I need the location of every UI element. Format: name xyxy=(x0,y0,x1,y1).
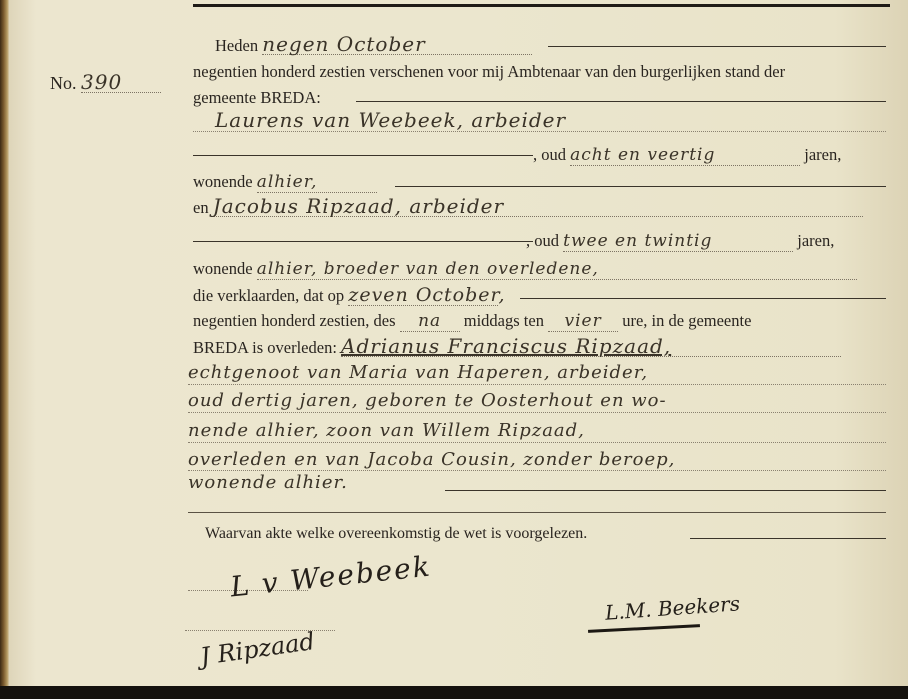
oud-label: , oud xyxy=(526,231,559,250)
witness1-age: acht en veertig xyxy=(570,145,800,166)
witness2-name-line: en Jacobus Ripzaad, arbeider xyxy=(193,196,863,218)
dotted-rule xyxy=(188,470,886,471)
detail-line: nende alhier, zoon van Willem Ripzaad, xyxy=(188,421,585,441)
dotted-rule xyxy=(188,384,886,385)
oud-label: , oud xyxy=(533,145,566,164)
deceased-name: Adrianus Franciscus Ripzaad, xyxy=(341,336,841,357)
scan-border xyxy=(0,686,908,699)
time-part: na xyxy=(400,311,460,332)
witness2-name: Jacobus Ripzaad, arbeider xyxy=(213,196,863,217)
heden-label: Heden xyxy=(215,36,258,55)
fill-rule xyxy=(548,46,886,47)
gemeente-label: gemeente BREDA: xyxy=(193,88,321,108)
deceased-line: BREDA is overleden: Adrianus Franciscus … xyxy=(193,336,841,358)
declaration-line: die verklaarden, dat op zeven October, xyxy=(193,285,498,306)
fill-rule xyxy=(193,241,533,242)
wonende-label: wonende xyxy=(193,259,253,278)
witness2-residence: alhier, broeder van den overledene, xyxy=(257,259,857,280)
witness1-residence: alhier, xyxy=(257,172,377,193)
fill-rule xyxy=(356,101,886,102)
record-number-value: 390 xyxy=(81,72,161,93)
detail-line: overleden en van Jacoba Cousin, zonder b… xyxy=(188,450,675,470)
register-page: No. 390 Heden negen October negentien ho… xyxy=(0,0,908,686)
witness2-signature: J Ripzaad xyxy=(199,627,317,671)
witness1-residence-line: wonende alhier, xyxy=(193,172,377,193)
intro-text: negentien honderd zestien verschenen voo… xyxy=(193,62,785,82)
witness2-age: twee en twintig xyxy=(563,231,793,252)
deceased-label: BREDA is overleden: xyxy=(193,338,337,357)
record-number: No. 390 xyxy=(50,72,161,93)
time-text-c: ure, in de gemeente xyxy=(622,311,751,330)
fill-rule xyxy=(520,298,886,299)
dotted-rule xyxy=(193,131,886,132)
dotted-rule xyxy=(188,412,886,413)
heden-line: Heden negen October xyxy=(215,34,532,56)
witness1-signature: L v Weebeek xyxy=(229,550,433,604)
detail-line: oud dertig jaren, geboren te Oosterhout … xyxy=(188,391,667,411)
death-date: zeven October, xyxy=(348,285,498,306)
fill-rule xyxy=(193,155,533,156)
time-text-b: middags ten xyxy=(464,311,544,330)
fill-rule xyxy=(690,538,886,539)
fill-rule xyxy=(395,186,886,187)
top-rule xyxy=(193,4,890,7)
heden-value: negen October xyxy=(262,34,532,55)
fill-rule xyxy=(445,490,886,491)
book-binding xyxy=(0,0,9,686)
declared-label: die verklaarden, dat op xyxy=(193,286,344,305)
detail-line: echtgenoot van Maria van Haperen, arbeid… xyxy=(188,363,648,383)
witness1-name: Laurens van Weebeek, arbeider xyxy=(215,110,566,130)
section-rule xyxy=(188,512,886,513)
witness2-residence-line: wonende alhier, broeder van den overlede… xyxy=(193,259,857,280)
jaren-label: jaren, xyxy=(797,231,834,250)
time-text-a: negentien honderd zestien, des xyxy=(193,311,396,330)
detail-line: wonende alhier. xyxy=(188,473,348,493)
witness2-age-line: , oud twee en twintig jaren, xyxy=(526,231,834,252)
official-signature-underline xyxy=(588,624,700,633)
official-signature: L.M. Beekers xyxy=(604,591,740,624)
closing-text: Waarvan akte welke overeenkomstig de wet… xyxy=(205,524,587,544)
time-line: negentien honderd zestien, des na middag… xyxy=(193,311,751,332)
jaren-label: jaren, xyxy=(804,145,841,164)
witness1-age-line: , oud acht en veertig jaren, xyxy=(533,145,841,166)
dotted-rule xyxy=(188,442,886,443)
wonende-label: wonende xyxy=(193,172,253,191)
record-number-label: No. xyxy=(50,73,77,93)
en-label: en xyxy=(193,198,209,217)
time-hour: vier xyxy=(548,311,618,332)
